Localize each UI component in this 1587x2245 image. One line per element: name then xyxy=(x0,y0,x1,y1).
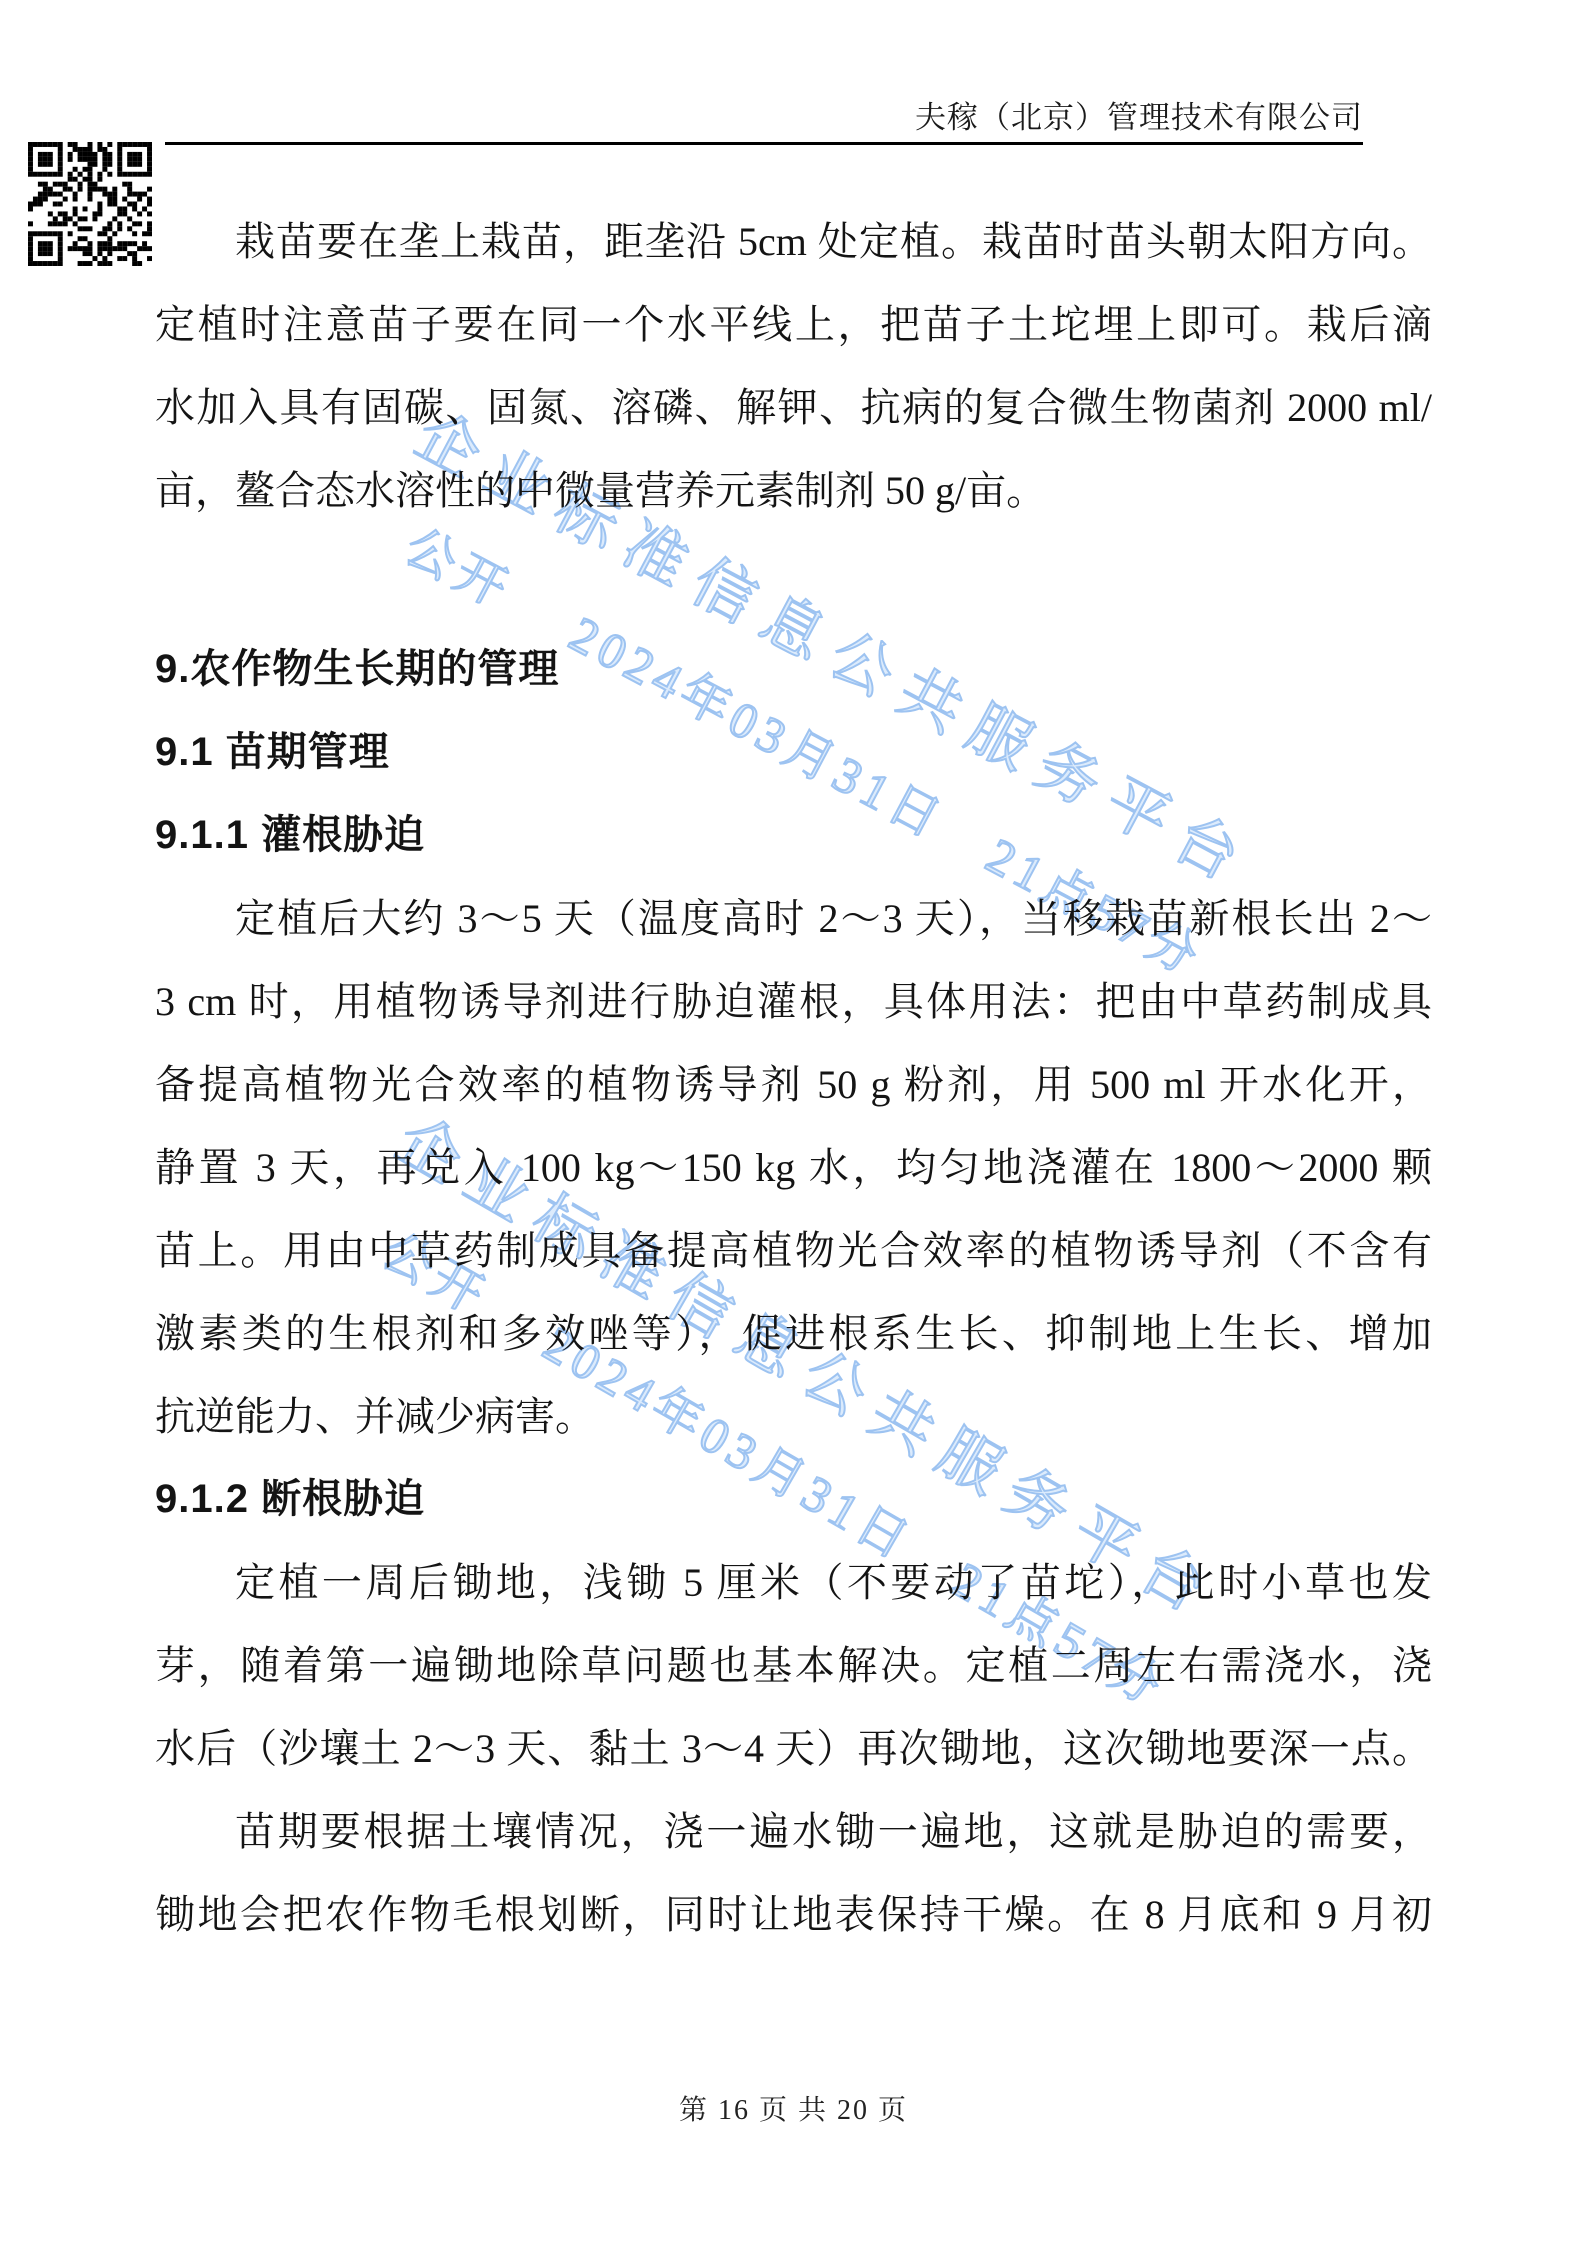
section-heading: 9.农作物生长期的管理 xyxy=(155,628,1432,711)
text-line: 亩，鳌合态水溶性的中微量营养元素制剂 50 g/亩。 xyxy=(155,449,1432,532)
text-line: 激素类的生根剂和多效唑等），促进根系生长、抑制地上生长、增加 xyxy=(155,1292,1432,1375)
header-company-name: 夫稼（北京）管理技术有限公司 xyxy=(165,99,1363,145)
text-line: 3 cm 时，用植物诱导剂进行胁迫灌根，具体用法：把由中草药制成具 xyxy=(155,960,1432,1043)
text-line: 抗逆能力、并减少病害。 xyxy=(155,1375,1432,1458)
text-line: 锄地会把农作物毛根划断，同时让地表保持干燥。在 8 月底和 9 月初 xyxy=(155,1873,1432,1956)
text-line: 栽苗要在垄上栽苗，距垄沿 5cm 处定植。栽苗时苗头朝太阳方向。 xyxy=(155,200,1432,283)
section-heading: 9.1.2 断根胁迫 xyxy=(155,1458,1432,1541)
text-line: 定植后大约 3～5 天（温度高时 2～3 天），当移栽苗新根长出 2～ xyxy=(155,877,1432,960)
text-line: 定植一周后锄地，浅锄 5 厘米（不要动了苗坨），此时小草也发 xyxy=(155,1541,1432,1624)
text-line: 芽，随着第一遍锄地除草问题也基本解决。定植二周左右需浇水，浇 xyxy=(155,1624,1432,1707)
text-line xyxy=(155,532,1432,628)
text-line: 水加入具有固碳、固氮、溶磷、解钾、抗病的复合微生物菌剂 2000 ml/ xyxy=(155,366,1432,449)
text-line: 水后（沙壤土 2～3 天、黏土 3～4 天）再次锄地，这次锄地要深一点。 xyxy=(155,1707,1432,1790)
document-page: 夫稼（北京）管理技术有限公司 企业标准信息公共服务平台 公开 2024年03月3… xyxy=(0,0,1587,2245)
text-line: 定植时注意苗子要在同一个水平线上，把苗子土坨埋上即可。栽后滴 xyxy=(155,283,1432,366)
text-line: 苗期要根据土壤情况，浇一遍水锄一遍地，这就是胁迫的需要， xyxy=(155,1790,1432,1873)
section-heading: 9.1.1 灌根胁迫 xyxy=(155,794,1432,877)
qr-code-icon xyxy=(28,142,152,266)
section-heading: 9.1 苗期管理 xyxy=(155,711,1432,794)
text-line: 静置 3 天，再兑入 100 kg～150 kg 水，均匀地浇灌在 1800～2… xyxy=(155,1126,1432,1209)
content-lines: 栽苗要在垄上栽苗，距垄沿 5cm 处定植。栽苗时苗头朝太阳方向。定植时注意苗子要… xyxy=(155,200,1432,1956)
text-line: 苗上。用由中草药制成具备提高植物光合效率的植物诱导剂（不含有 xyxy=(155,1209,1432,1292)
text-line: 备提高植物光合效率的植物诱导剂 50 g 粉剂，用 500 ml 开水化开， xyxy=(155,1043,1432,1126)
page-number: 第 16 页 共 20 页 xyxy=(0,2088,1587,2128)
